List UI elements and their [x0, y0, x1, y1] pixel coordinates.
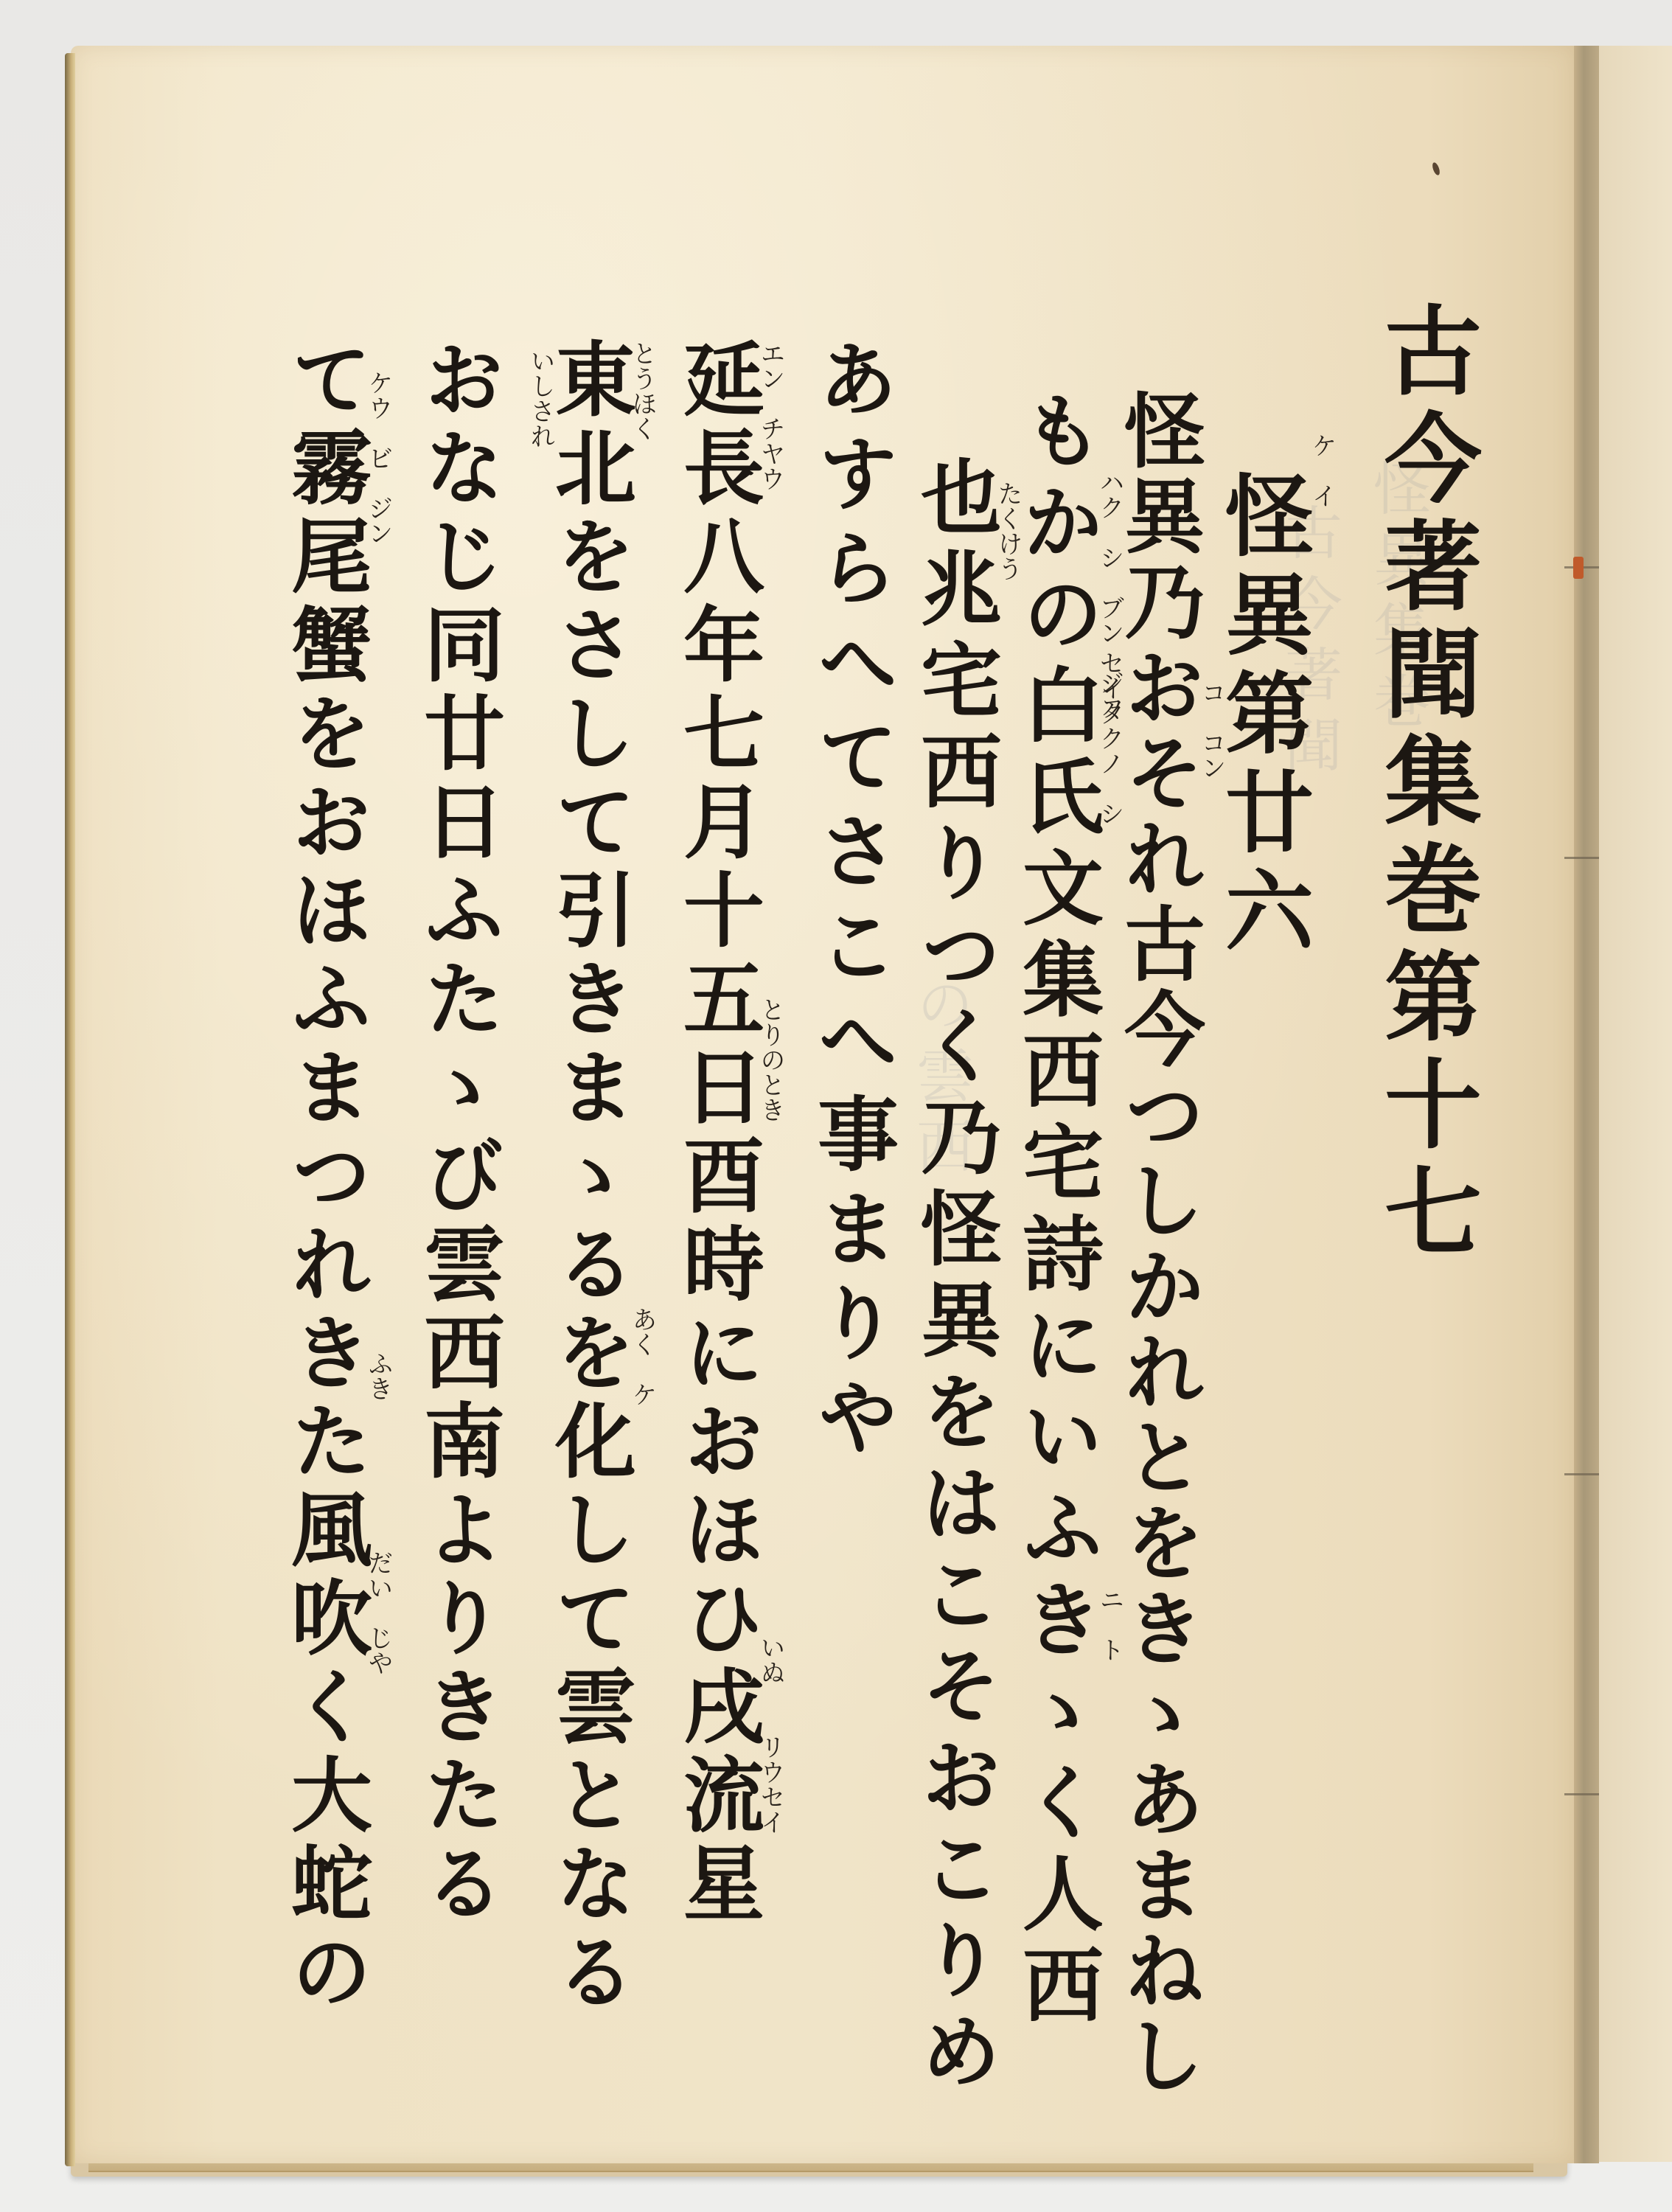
- book-photo-scene: 怪異集巻 古今著聞 の雲西 古今著聞集巻第十七 怪異第廿六 ケ イ 怪異乃おそれ…: [0, 0, 1672, 2212]
- ruby-encho: エン チヤウ: [758, 341, 783, 491]
- ruby-kokon: コ コン: [1199, 680, 1224, 780]
- body-line-8: て霧尾蟹をおほふまつれきた風吹く大蛇の: [285, 337, 366, 2018]
- binding-gutter: [1574, 46, 1599, 2163]
- ruby-ake: あく ケ: [630, 1307, 655, 1407]
- ruby-fuki: ふき: [366, 1351, 391, 1401]
- body-line-1: 怪異乃おそれ古今つしかれとをきゝあまねし: [1118, 389, 1199, 2099]
- ruby-seitaku: セイタクノ シ: [1097, 650, 1122, 826]
- red-thread-marker: [1573, 557, 1584, 579]
- body-line-3: 也兆宅西りつく乃怪異をはこそおこりめ: [914, 455, 995, 2101]
- body-line-2: もかの白氏文集西宅詩にいふきゝく人西: [1016, 389, 1097, 2034]
- manuscript-page: 怪異集巻 古今著聞 の雲西 古今著聞集巻第十七 怪異第廿六 ケ イ 怪異乃おそれ…: [71, 46, 1575, 2163]
- ink-spot: [1431, 161, 1441, 176]
- section-heading: 怪異第廿六: [1218, 470, 1306, 964]
- ruby-torinotoki: とりのとき: [758, 997, 783, 1122]
- ruby-touhoku: とうほく: [630, 341, 655, 441]
- ruby-keuji: ケウ ビ ジン: [366, 370, 391, 546]
- body-line-5: 延長八年七月十五日酉時におほひ戌流星: [677, 337, 758, 1930]
- ruby-nin: ニ ト: [1097, 1587, 1122, 1662]
- body-line-4: あすらへてさこへ事まりや: [811, 337, 892, 1470]
- body-line-6: 東北をさして引きまゝるを化して雲となる: [548, 337, 630, 2018]
- ruby-ketaku: たくけう: [995, 481, 1020, 581]
- book-cover-edge: [65, 53, 75, 2166]
- ruby-ishisare: いしされ: [528, 348, 553, 448]
- book-title: 古今著聞集巻第十七: [1376, 300, 1473, 1269]
- ruby-daija: だい じや: [366, 1550, 391, 1675]
- adjacent-page-edge: [1599, 46, 1672, 2162]
- ruby-ryusei: リウセイ: [758, 1734, 783, 1834]
- ruby-inu: いぬ: [758, 1635, 783, 1685]
- body-line-7: おなじ同廿日ふたゝび雲西南よりきたる: [417, 337, 498, 1930]
- ruby-kei: ケ イ: [1309, 433, 1334, 508]
